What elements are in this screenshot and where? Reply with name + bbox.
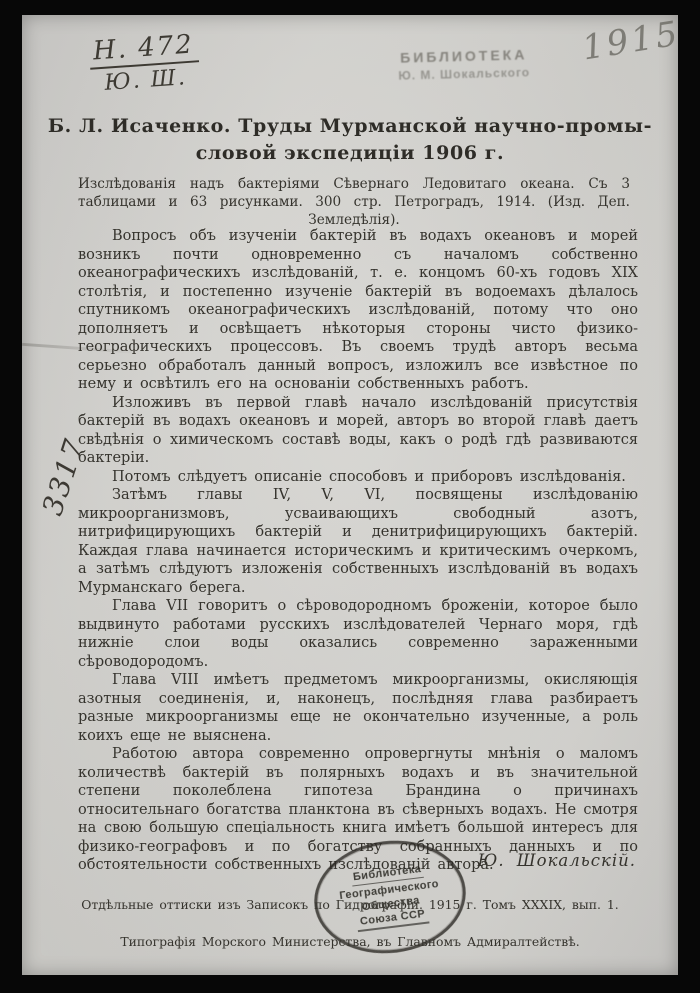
owner-stamp-line2: Ю. М. Шокальского: [374, 65, 554, 84]
page-title: Б. Л. Исаченко. Труды Мурманской научно-…: [22, 113, 678, 167]
paragraph-2: Изложивъ въ первой главѣ начало изслѣдов…: [78, 394, 638, 468]
printer-imprint: Типографія Морского Министерства, въ Гла…: [22, 934, 678, 949]
paragraph-4: Затѣмъ главы IV, V, VI, посвящены изслѣд…: [78, 486, 638, 597]
paragraph-3: Потомъ слѣдуетъ описаніе способовъ и при…: [78, 468, 638, 487]
bibliographic-note: Изслѣдованія надъ бактеріями Сѣвернаго Л…: [78, 175, 630, 229]
title-line1: Б. Л. Исаченко. Труды Мурманской научно-…: [48, 115, 652, 137]
title-line2: словой экспедиціи 1906 г.: [196, 142, 505, 164]
paragraph-1: Вопросъ объ изученіи бактерій въ водахъ …: [78, 227, 638, 394]
paragraph-6: Глава VIII имѣетъ предметомъ микрооргани…: [78, 671, 638, 745]
handwritten-year: 1915: [579, 14, 683, 69]
handwritten-call-number: Н. 472 Ю. Ш.: [88, 29, 201, 96]
review-body: Вопросъ объ изученіи бактерій въ водахъ …: [78, 227, 638, 875]
document-page: Н. 472 Ю. Ш. БИБЛИОТЕКА Ю. М. Шокальског…: [22, 15, 678, 975]
paragraph-5: Глава VII говоритъ о сѣроводородномъ бро…: [78, 597, 638, 671]
owner-library-stamp: БИБЛИОТЕКА Ю. М. Шокальского: [374, 46, 555, 84]
scan-background: Н. 472 Ю. Ш. БИБЛИОТЕКА Ю. М. Шокальског…: [0, 0, 700, 993]
offprint-note: Отдѣльные оттиски изъ Записокъ по Гидрог…: [22, 897, 678, 912]
owner-stamp-line1: БИБЛИОТЕКА: [374, 46, 554, 67]
reviewer-signature: Ю. Шокальскій.: [478, 851, 636, 870]
